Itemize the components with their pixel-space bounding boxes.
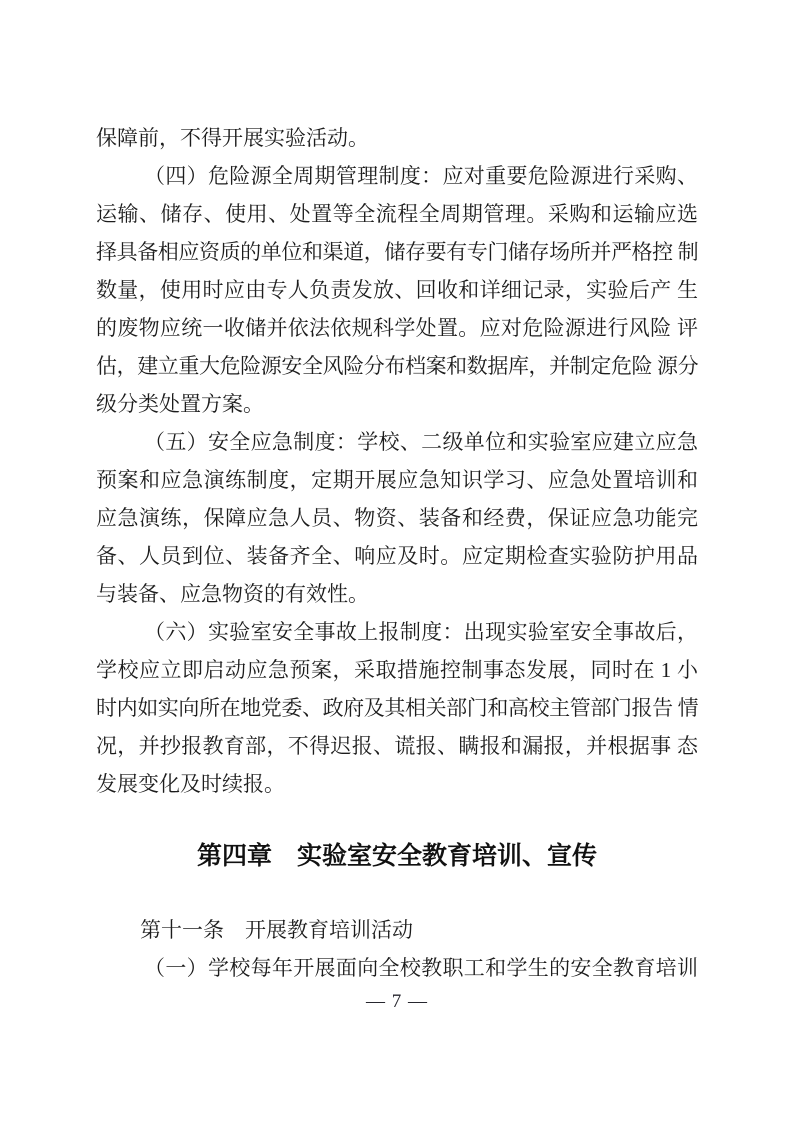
article-heading: 第十一条 开展教育培训活动 bbox=[96, 911, 698, 949]
body-line: （四）危险源全周期管理制度：应对重要危险源进行采购、 bbox=[96, 157, 698, 195]
paragraph-item-4: （四）危险源全周期管理制度：应对重要危险源进行采购、 运输、储存、使用、处置等全… bbox=[96, 157, 698, 423]
body-line: 保障前，不得开展实验活动。 bbox=[96, 119, 698, 157]
body-line: 学校应立即启动应急预案，采取措施控制事态发展，同时在 1 小 bbox=[96, 651, 698, 689]
body-line: 估，建立重大危险源安全风险分布档案和数据库，并制定危险 源分 bbox=[96, 347, 698, 385]
paragraph-item-6: （六）实验室安全事故上报制度：出现实验室安全事故后， 学校应立即启动应急预案，采… bbox=[96, 613, 698, 803]
body-line: 况，并抄报教育部，不得迟报、谎报、瞒报和漏报，并根据事 态 bbox=[96, 727, 698, 765]
page-number: — 7 — bbox=[96, 987, 698, 1017]
paragraph-item-5: （五）安全应急制度：学校、二级单位和实验室应建立应急 预案和应急演练制度，定期开… bbox=[96, 423, 698, 613]
document-page: 保障前，不得开展实验活动。 （四）危险源全周期管理制度：应对重要危险源进行采购、… bbox=[0, 0, 794, 1123]
body-line: 运输、储存、使用、处置等全流程全周期管理。采购和运输应选 bbox=[96, 195, 698, 233]
body-line: 择具备相应资质的单位和渠道，储存要有专门储存场所并严格控 制 bbox=[96, 233, 698, 271]
paragraph-continuation: 保障前，不得开展实验活动。 bbox=[96, 119, 698, 157]
body-line: 预案和应急演练制度，定期开展应急知识学习、应急处置培训和 bbox=[96, 461, 698, 499]
body-line: （五）安全应急制度：学校、二级单位和实验室应建立应急 bbox=[96, 423, 698, 461]
body-line: 备、人员到位、装备齐全、响应及时。应定期检查实验防护用品 bbox=[96, 537, 698, 575]
body-line: 应急演练，保障应急人员、物资、装备和经费，保证应急功能完 bbox=[96, 499, 698, 537]
body-line: 数量，使用时应由专人负责发放、回收和详细记录，实验后产 生 bbox=[96, 271, 698, 309]
chapter-heading: 第四章 实验室安全教育培训、宣传 bbox=[96, 837, 698, 877]
body-line: （六）实验室安全事故上报制度：出现实验室安全事故后， bbox=[96, 613, 698, 651]
body-line: 与装备、应急物资的有效性。 bbox=[96, 575, 698, 613]
body-line: 发展变化及时续报。 bbox=[96, 765, 698, 803]
document-content: 保障前，不得开展实验活动。 （四）危险源全周期管理制度：应对重要危险源进行采购、… bbox=[96, 119, 698, 1017]
body-line: 时内如实向所在地党委、政府及其相关部门和高校主管部门报告 情 bbox=[96, 689, 698, 727]
body-line: 的废物应统一收储并依法依规科学处置。应对危险源进行风险 评 bbox=[96, 309, 698, 347]
item-line: （一）学校每年开展面向全校教职工和学生的安全教育培训 bbox=[96, 949, 698, 987]
body-line: 级分类处置方案。 bbox=[96, 385, 698, 423]
